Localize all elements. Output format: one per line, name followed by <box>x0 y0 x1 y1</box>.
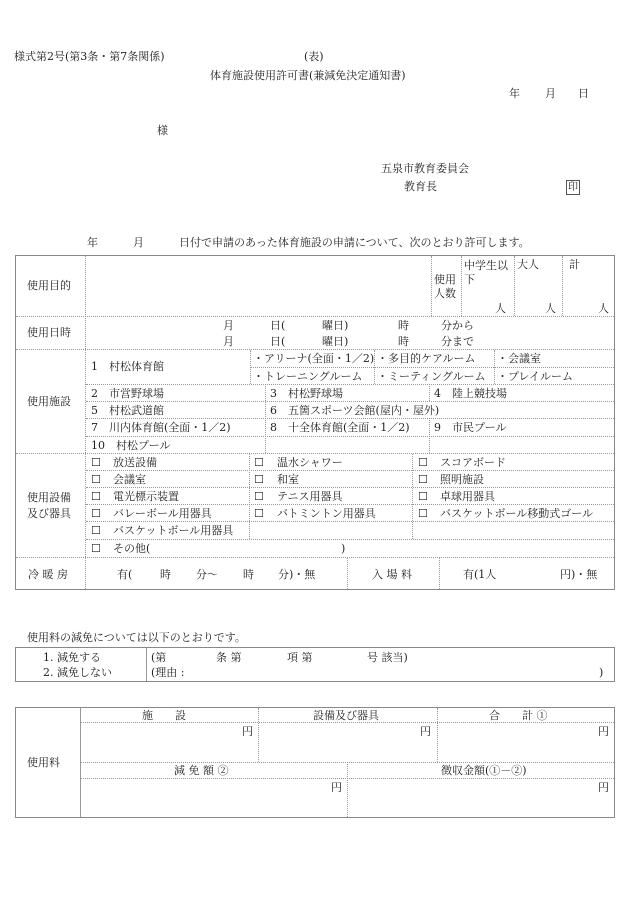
checkbox[interactable]: ☐ <box>91 457 101 468</box>
fee-header-facility: 施 設 <box>142 710 186 721</box>
form-side: (表) <box>304 51 324 62</box>
count-col-junior-unit: 人 <box>495 303 506 314</box>
aircon-end-minute-none: 分)・無 <box>278 569 315 580</box>
fee-facility-unit: 円 <box>242 726 253 737</box>
intro-month: 月 <box>133 237 144 248</box>
facility-label: 使用施設 <box>27 396 71 407</box>
aircon-label: 冷 暖 房 <box>28 569 68 580</box>
checkbox[interactable]: ☐ <box>91 508 101 519</box>
equipment-other-close: ) <box>341 543 345 554</box>
fee-reduction-unit: 円 <box>331 782 342 793</box>
reduction-option-1[interactable]: 1. 減免する <box>43 652 101 663</box>
equipment-meeting-room: 会議室 <box>113 474 146 485</box>
fee-total-input[interactable] <box>439 724 594 760</box>
equipment-scoreboard: スコアボード <box>440 457 506 468</box>
addressee-suffix: 様 <box>157 125 168 136</box>
equipment-broadcast: 放送設備 <box>113 457 157 468</box>
start-month: 月 <box>223 320 234 331</box>
facility-1-mtg[interactable]: ・ミーティングルーム <box>377 371 486 382</box>
count-total-input[interactable] <box>563 272 613 300</box>
admission-yen-none: 円)・無 <box>560 569 597 580</box>
item-suffix: 号 該当) <box>367 652 408 663</box>
count-col-adult-label: 大人 <box>517 259 539 270</box>
checkbox[interactable]: ☐ <box>418 457 428 468</box>
facility-6[interactable]: 6 五箇スポーツ会館(屋内・屋外) <box>270 405 439 416</box>
facility-1-meeting-room[interactable]: ・会議室 <box>497 353 541 364</box>
count-col-total-label: 計 <box>569 259 580 270</box>
purpose-label: 使用目的 <box>27 280 71 291</box>
checkbox[interactable]: ☐ <box>91 543 101 554</box>
count-col-total-unit: 人 <box>598 303 609 314</box>
facility-1-arena[interactable]: ・アリーナ(全面・1／2) <box>253 353 374 364</box>
date-year: 年 <box>509 88 520 99</box>
equipment-label-1: 使用設備 <box>27 492 71 503</box>
checkbox[interactable]: ☐ <box>254 508 264 519</box>
fee-header-reduction: 減 免 額 ② <box>174 765 229 776</box>
facility-9[interactable]: 9 市民プール <box>434 422 506 433</box>
aircon-end-hour: 時 <box>243 569 254 580</box>
end-weekday: 曜日) <box>322 336 348 347</box>
checkbox[interactable]: ☐ <box>254 474 264 485</box>
checkbox[interactable]: ☐ <box>418 474 428 485</box>
intro-text: 日付で申請のあった体育施設の申請について、次のとおり許可します。 <box>179 237 530 248</box>
article-suffix: 条 第 <box>216 652 242 663</box>
intro-year: 年 <box>87 237 98 248</box>
start-hour: 時 <box>398 320 409 331</box>
facility-5[interactable]: 5 村松武道館 <box>91 405 164 416</box>
checkbox[interactable]: ☐ <box>91 491 101 502</box>
equipment-volleyball: バレーボール用器具 <box>113 508 212 519</box>
aircon-start-minute: 分～ <box>196 569 218 580</box>
facility-4[interactable]: 4 陸上競技場 <box>434 388 507 399</box>
admission-label: 入 場 料 <box>372 569 412 580</box>
facility-7[interactable]: 7 川内体育館(全面・1／2) <box>91 422 231 433</box>
reason-label: (理由 : <box>151 667 185 678</box>
date-day: 日 <box>578 88 589 99</box>
equipment-japanese-room: 和室 <box>277 474 299 485</box>
equipment-table-tennis: 卓球用器具 <box>440 491 495 502</box>
facility-3[interactable]: 3 村松野球場 <box>270 388 343 399</box>
checkbox[interactable]: ☐ <box>91 525 101 536</box>
count-label: 使用人数 <box>434 273 460 301</box>
equipment-display: 電光標示装置 <box>113 491 179 502</box>
equipment-badminton: バトミントン用器具 <box>277 508 376 519</box>
facility-1-playroom[interactable]: ・プレイルーム <box>497 371 573 382</box>
equipment-other-label: その他( <box>113 543 150 554</box>
checkbox[interactable]: ☐ <box>418 508 428 519</box>
purpose-input[interactable] <box>86 256 430 316</box>
equipment-label-2: 及び器具 <box>27 508 71 519</box>
facility-2[interactable]: 2 市営野球場 <box>91 388 164 399</box>
form-number: 様式第2号(第3条・第7条関係) <box>14 51 165 62</box>
date-month: 月 <box>545 88 556 99</box>
aircon-yes: 有( <box>117 569 132 580</box>
fee-header-total: 合 計 ① <box>489 710 548 721</box>
facility-8[interactable]: 8 十全体育館(全面・1／2) <box>270 422 410 433</box>
facility-10[interactable]: 10 村松プール <box>91 440 170 451</box>
count-junior-input[interactable] <box>462 272 513 300</box>
admission-yes: 有(1人 <box>463 569 496 580</box>
issuer-title: 教育長 <box>404 181 437 192</box>
start-weekday: 曜日) <box>322 320 348 331</box>
fee-equipment-input[interactable] <box>260 724 416 760</box>
facility-1-multipurpose[interactable]: ・多目的ケアルーム <box>377 353 476 364</box>
fee-header-collect: 徴収金額(①－②) <box>441 765 527 776</box>
aircon-start-hour: 時 <box>160 569 171 580</box>
end-minute: 分まで <box>441 336 474 347</box>
equipment-basketball: バスケットボール用器具 <box>113 525 233 536</box>
equipment-lighting: 照明施設 <box>440 474 484 485</box>
count-adult-input[interactable] <box>515 272 561 300</box>
reason-input[interactable] <box>200 665 590 679</box>
reduction-option-2[interactable]: 2. 減免しない <box>43 667 112 678</box>
end-month: 月 <box>223 336 234 347</box>
document-title: 体育施設使用許可書(兼減免決定通知書) <box>210 70 406 81</box>
equipment-tennis: テニス用器具 <box>277 491 343 502</box>
reduction-intro: 使用料の減免については以下のとおりです。 <box>27 632 246 643</box>
issuer-org: 五泉市教育委員会 <box>381 163 469 174</box>
count-col-adult-unit: 人 <box>545 303 556 314</box>
start-day: 日( <box>270 320 285 331</box>
equipment-shower: 温水シャワー <box>277 457 343 468</box>
facility-1-option[interactable]: 1 村松体育館 <box>91 361 164 372</box>
fee-header-equipment: 設備及び器具 <box>313 710 379 721</box>
fee-equipment-unit: 円 <box>420 726 431 737</box>
fee-collect-unit: 円 <box>598 782 609 793</box>
paragraph-suffix: 項 第 <box>287 652 313 663</box>
fee-facility-input[interactable] <box>82 724 236 760</box>
fee-total-unit: 円 <box>598 726 609 737</box>
reason-close: ) <box>599 667 603 678</box>
article-prefix: (第 <box>151 652 166 663</box>
facility-1-training[interactable]: ・トレーニングルーム <box>253 371 362 382</box>
checkbox[interactable]: ☐ <box>418 491 428 502</box>
end-hour: 時 <box>398 336 409 347</box>
checkbox[interactable]: ☐ <box>254 457 264 468</box>
fee-collect-input[interactable] <box>349 780 594 816</box>
start-minute: 分から <box>441 320 474 331</box>
fee-reduction-input[interactable] <box>82 780 327 816</box>
datetime-label: 使用日時 <box>27 327 71 338</box>
fee-label: 使用料 <box>27 757 60 768</box>
checkbox[interactable]: ☐ <box>254 491 264 502</box>
end-day: 日( <box>270 336 285 347</box>
seal-stamp-icon: 印 <box>566 180 580 195</box>
checkbox[interactable]: ☐ <box>91 474 101 485</box>
equipment-other-input[interactable] <box>160 541 340 555</box>
equipment-basketball-goal: バスケットボール移動式ゴール <box>440 508 593 519</box>
